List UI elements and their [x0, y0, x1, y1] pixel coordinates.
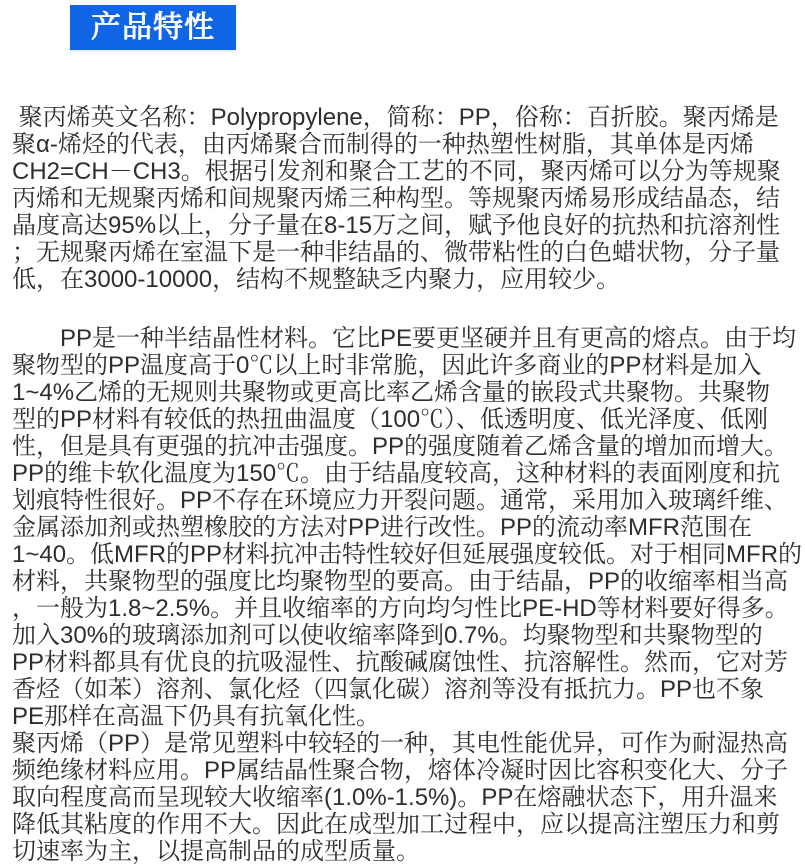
text-line: 聚丙烯英文名称：Polypropylene，简称：PP，俗称：百折胶。聚丙烯是 [12, 104, 797, 131]
paragraph-intro: 聚丙烯英文名称：Polypropylene，简称：PP，俗称：百折胶。聚丙烯是聚… [12, 104, 797, 293]
text-line: CH2=CH－CH3。根据引发剂和聚合工艺的不同，聚丙烯可以分为等规聚 [12, 158, 797, 185]
text-line: 型的PP材料有较低的热扭曲温度（100℃）、低透明度、低光泽度、低刚 [12, 406, 797, 433]
text-line: 划痕特性很好。PP不存在环境应力开裂问题。通常，采用加入玻璃纤维、 [12, 487, 797, 514]
paragraph-applications: 聚丙烯（PP）是常见塑料中较轻的一种，其电性能优异，可作为耐湿热高频绝缘材料应用… [12, 730, 797, 864]
text-line: 金属添加剂或热塑橡胶的方法对PP进行改性。PP的流动率MFR范围在 [12, 514, 797, 541]
text-line: PP是一种半结晶性材料。它比PE要更坚硬并且有更高的熔点。由于均 [12, 325, 797, 352]
text-line: 晶度高达95%以上，分子量在8-15万之间，赋予他良好的抗热和抗溶剂性 [12, 212, 797, 239]
text-line: 低，在3000-10000，结构不规整缺乏内聚力，应用较少。 [12, 266, 797, 293]
product-features-badge: 产品特性 [70, 5, 236, 50]
text-line: 丙烯和无规聚丙烯和间规聚丙烯三种构型。等规聚丙烯易形成结晶态，结 [12, 185, 797, 212]
text-line: PP的维卡软化温度为150℃。由于结晶度较高，这种材料的表面刚度和抗 [12, 460, 797, 487]
text-line: 降低其粘度的作用不大。因此在成型加工过程中，应以提高注塑压力和剪 [12, 811, 797, 838]
text-line: 聚物型的PP温度高于0℃以上时非常脆，因此许多商业的PP材料是加入 [12, 352, 797, 379]
text-line: ，一般为1.8~2.5%。并且收缩率的方向均匀性比PE-HD等材料要好得多。 [12, 595, 797, 622]
text-line: 香烃（如苯）溶剂、氯化烃（四氯化碳）溶剂等没有抵抗力。PP也不象 [12, 676, 797, 703]
text-line: 聚α-烯烃的代表，由丙烯聚合而制得的一种热塑性树脂，其单体是丙烯 [12, 131, 797, 158]
text-line: 1~4%乙烯的无规则共聚物或更高比率乙烯含量的嵌段式共聚物。共聚物 [12, 379, 797, 406]
text-line: ；无规聚丙烯在室温下是一种非结晶的、微带粘性的白色蜡状物，分子量 [12, 239, 797, 266]
paragraph-properties: PP是一种半结晶性材料。它比PE要更坚硬并且有更高的熔点。由于均聚物型的PP温度… [12, 325, 797, 730]
text-line: PE那样在高温下仍具有抗氧化性。 [12, 703, 797, 730]
product-detail-page: 产品特性 聚丙烯英文名称：Polypropylene，简称：PP，俗称：百折胶。… [0, 0, 805, 864]
text-line: PP材料都具有优良的抗吸湿性、抗酸碱腐蚀性、抗溶解性。然而，它对芳 [12, 649, 797, 676]
text-line: 取向程度高而呈现较大收缩率(1.0%-1.5%)。PP在熔融状态下，用升温来 [12, 784, 797, 811]
text-line: 加入30%的玻璃添加剂可以使收缩率降到0.7%。均聚物型和共聚物型的 [12, 622, 797, 649]
text-line: 材料，共聚物型的强度比均聚物型的要高。由于结晶，PP的收缩率相当高 [12, 568, 797, 595]
text-line: 1~40。低MFR的PP材料抗冲击特性较好但延展强度较低。对于相同MFR的 [12, 541, 797, 568]
text-line: 性，但是具有更强的抗冲击强度。PP的强度随着乙烯含量的增加而增大。 [12, 433, 797, 460]
product-description: 聚丙烯英文名称：Polypropylene，简称：PP，俗称：百折胶。聚丙烯是聚… [0, 104, 805, 864]
text-line: 聚丙烯（PP）是常见塑料中较轻的一种，其电性能优异，可作为耐湿热高 [12, 730, 797, 757]
text-line: 切速率为主，以提高制品的成型质量。 [12, 838, 797, 864]
text-line: 频绝缘材料应用。PP属结晶性聚合物，熔体冷凝时因比容积变化大、分子 [12, 757, 797, 784]
